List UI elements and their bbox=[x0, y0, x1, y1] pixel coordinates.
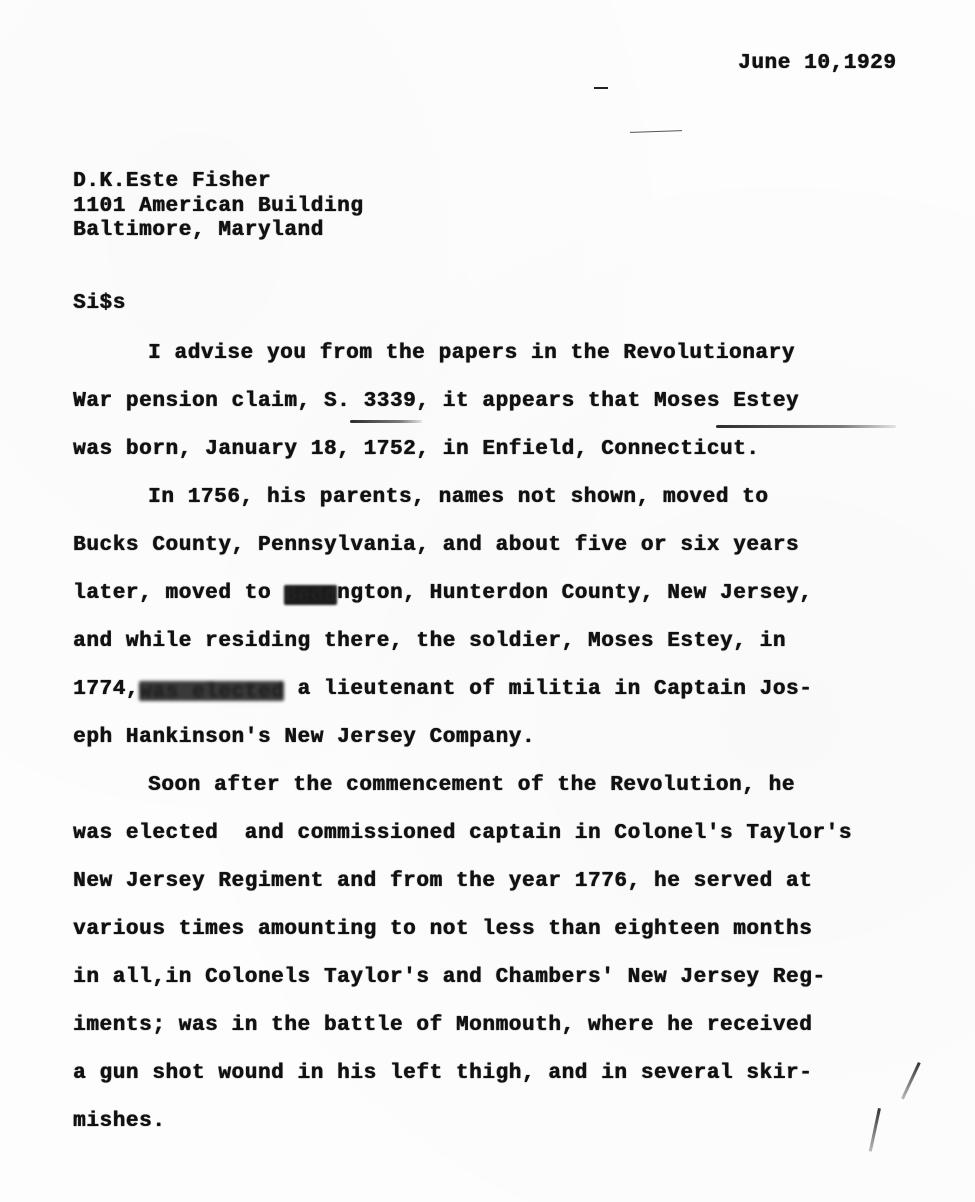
line-text-end: a lieutenant of militia in Captain Jos- bbox=[284, 678, 812, 701]
line-text-start: later, moved to bbox=[73, 582, 284, 605]
paragraph-2-line-4: and while residing there, the soldier, M… bbox=[73, 630, 786, 653]
paragraph-3-line-5: in all,in Colonels Taylor's and Chambers… bbox=[73, 966, 826, 989]
paragraph-3-line-8: mishes. bbox=[73, 1110, 165, 1133]
paragraph-3-line-2: was elected and commissioned captain in … bbox=[73, 822, 852, 845]
paragraph-3-line-6: iments; was in the battle of Monmouth, w… bbox=[73, 1014, 812, 1037]
recipient-name: D.K.Este Fisher bbox=[73, 170, 271, 193]
paragraph-1-line-3: was born, January 18, 1752, in Enfield, … bbox=[73, 438, 760, 461]
paragraph-3-line-1: Soon after the commencement of the Revol… bbox=[148, 774, 795, 797]
underline-claim-number bbox=[350, 420, 422, 423]
underline-soldier-name bbox=[716, 425, 896, 428]
redacted-place-name: Bedd bbox=[284, 585, 337, 605]
paragraph-3-line-3: New Jersey Regiment and from the year 17… bbox=[73, 870, 812, 893]
smudged-text: was elected bbox=[139, 681, 284, 701]
salutation: Si$s bbox=[73, 292, 126, 315]
paragraph-2-line-3: later, moved to Beddngton, Hunterdon Cou… bbox=[73, 582, 812, 605]
paragraph-1-line-2: War pension claim, S. 3339, it appears t… bbox=[73, 390, 799, 413]
recipient-address-line2: Baltimore, Maryland bbox=[73, 219, 324, 242]
paragraph-3-line-7: a gun shot wound in his left thigh, and … bbox=[73, 1062, 812, 1085]
recipient-address-line1: 1101 American Building bbox=[73, 195, 363, 218]
ink-dash-mark bbox=[594, 87, 608, 89]
paragraph-3-line-4: various times amounting to not less than… bbox=[73, 918, 812, 941]
line-text-start: 1774, bbox=[73, 678, 139, 701]
paragraph-2-line-6: eph Hankinson's New Jersey Company. bbox=[73, 726, 535, 749]
pen-stroke-mark bbox=[869, 1108, 881, 1152]
line-text-end: ngton, Hunterdon County, New Jersey, bbox=[337, 582, 812, 605]
pen-stroke-mark bbox=[901, 1062, 921, 1100]
paragraph-2-line-1: In 1756, his parents, names not shown, m… bbox=[148, 486, 769, 509]
paragraph-2-line-2: Bucks County, Pennsylvania, and about fi… bbox=[73, 534, 799, 557]
paragraph-2-line-5: 1774,was elected a lieutenant of militia… bbox=[73, 678, 812, 701]
paragraph-1-line-1: I advise you from the papers in the Revo… bbox=[148, 342, 795, 365]
letter-page: June 10,1929 D.K.Este Fisher 1101 Americ… bbox=[0, 0, 975, 1202]
ink-curve-mark bbox=[630, 130, 682, 133]
letter-date: June 10,1929 bbox=[738, 52, 896, 75]
